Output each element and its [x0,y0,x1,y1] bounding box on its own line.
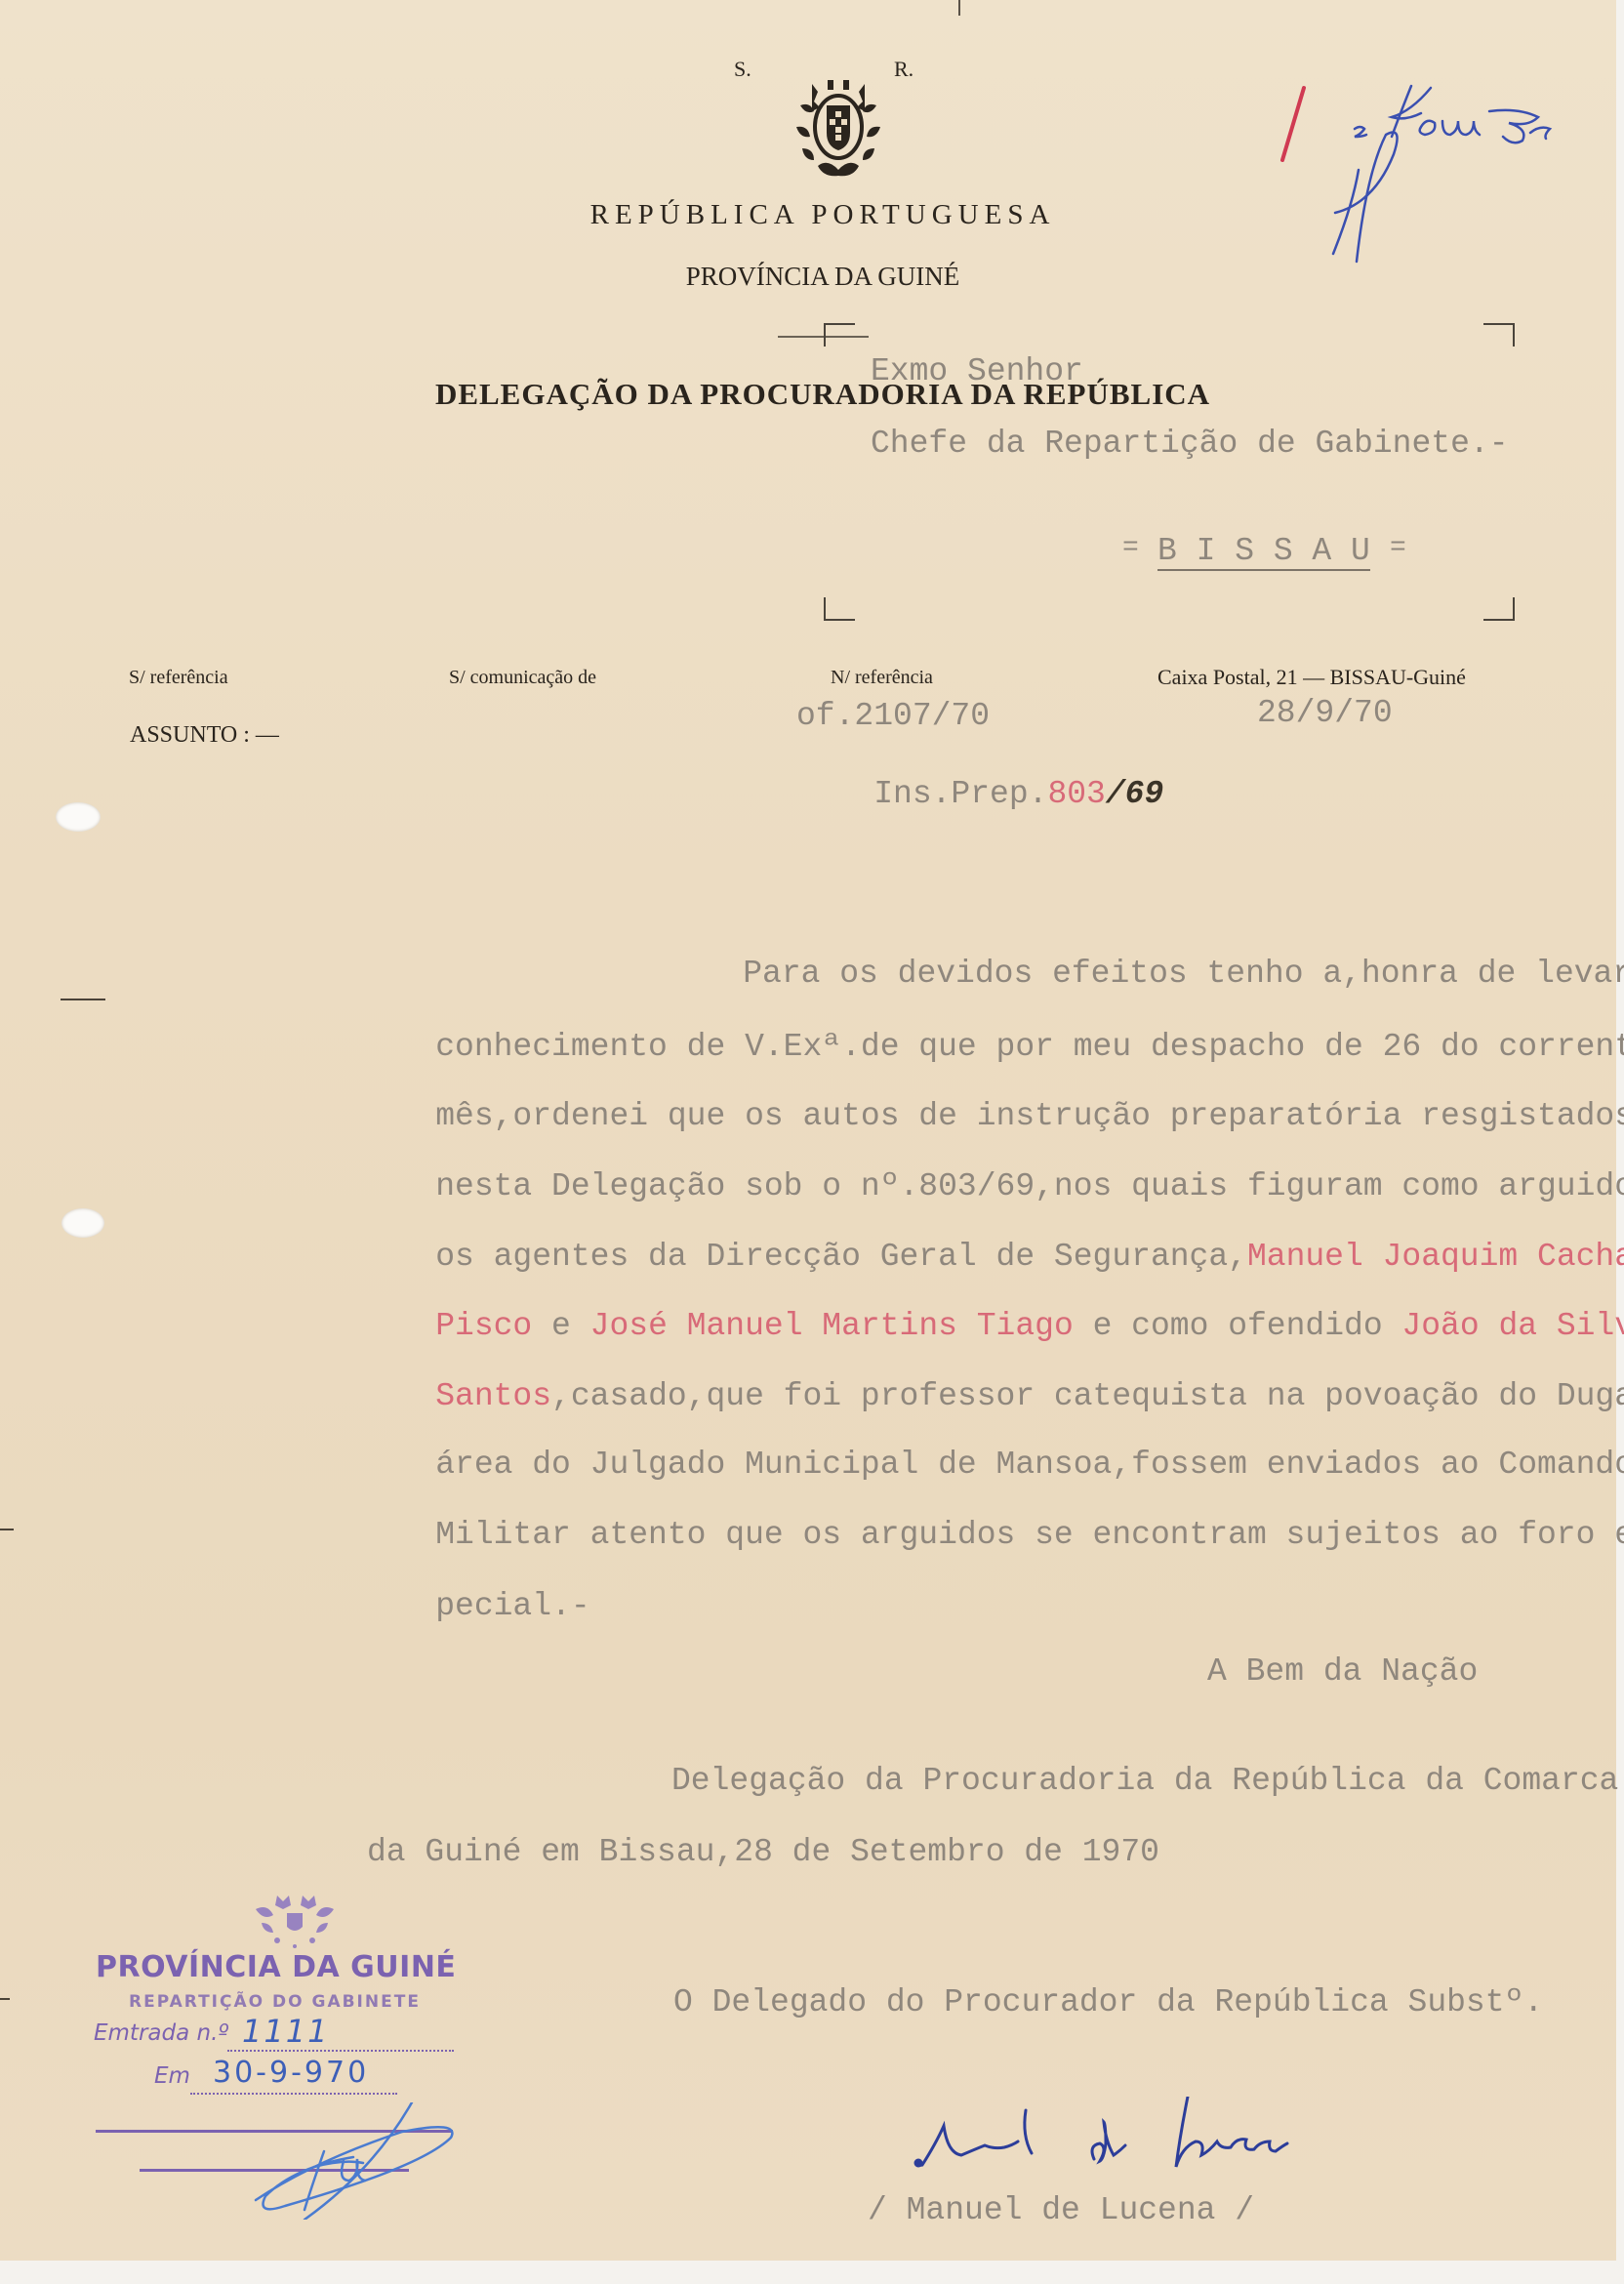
letter-page: S. R. [0,0,1616,2261]
address-corner-top-left [824,323,855,347]
edge-mark [0,1529,14,1530]
address-corner-bottom-right [1483,597,1515,621]
address-city-suffix: = [1390,535,1406,562]
stamp-entry-label: Emtrada n.º [94,2020,228,2046]
stamp-entry-number: 1111 [242,2013,329,2050]
letterhead-left-initial: S. [734,57,751,82]
stamp-department: REPARTIÇÃO DO GABINETE [129,1992,421,2012]
punch-hole-top [56,802,101,832]
letterhead-province: PROVÍNCIA DA GUINÉ [686,262,960,292]
stamp-initials [230,2085,465,2202]
stamp-entry-line [227,2050,454,2052]
accused-name-1-cont: Pisco [435,1308,532,1344]
address-corner-top-right [1483,323,1515,347]
address-recipient: Chefe da Repartição de Gabinete.- [871,428,1509,460]
coat-of-arms-icon [777,59,869,166]
accused-name-2: José Manuel Martins Tiago [590,1308,1074,1344]
our-reference-label: N/ referência [831,667,933,689]
our-reference-process: Ins.Prep.803/69 [796,746,1163,842]
your-communication-label: S/ comunicação de [449,667,596,689]
stamp-title: PROVÍNCIA DA GUINÉ [96,1950,456,1984]
accused-name-1: Manuel Joaquim Cachatra [1247,1239,1624,1275]
subject-label: ASSUNTO : — [130,722,279,749]
letterhead-country: REPÚBLICA PORTUGUESA [590,199,1056,231]
process-year: /69 [1106,776,1163,812]
closing-motto: A Bem da Nação [1207,1655,1478,1688]
signature [893,2079,1381,2157]
handwritten-annotation [1259,59,1591,264]
letterhead-office: DELEGAÇÃO DA PROCURADORIA DA REPÚBLICA [435,377,1210,412]
closing-place-line-2: da Guiné em Bissau,28 de Setembro de 197… [367,1836,1159,1868]
signatory-title: O Delegado do Procurador da República Su… [673,1986,1543,2019]
letterhead-right-initial: R. [894,57,913,82]
edge-mark-lower [0,1998,10,2000]
address-salutation: Exmo Senhor [871,355,1083,387]
address-city: B I S S A U [1157,535,1370,571]
postal-box-label: Caixa Postal, 21 — BISSAU-Guiné [1157,665,1466,690]
address-corner-bottom-left [824,597,855,621]
closing-place-line-1: Delegação da Procuradoria da República d… [671,1765,1618,1797]
stamp-emblem [232,1874,326,1935]
process-prefix: Ins.Prep. [873,776,1047,812]
victim-name-cont: Santos [435,1378,551,1414]
stamp-date-label: Em [154,2063,190,2089]
fold-mark [61,999,105,1000]
punch-hole-bottom [61,1208,104,1238]
signatory-name: / Manuel de Lucena / [868,2194,1254,2226]
our-reference-value: of.2107/70 [796,700,990,732]
your-reference-label: S/ referência [129,667,228,689]
body-line-10: pecial.- [358,1558,590,1654]
address-city-prefix: = [1122,535,1139,562]
letter-date: 28/9/70 [1257,697,1393,729]
process-number: 803 [1047,776,1105,812]
victim-name: João da Silva [1401,1308,1624,1344]
top-edge-mark [958,0,960,16]
